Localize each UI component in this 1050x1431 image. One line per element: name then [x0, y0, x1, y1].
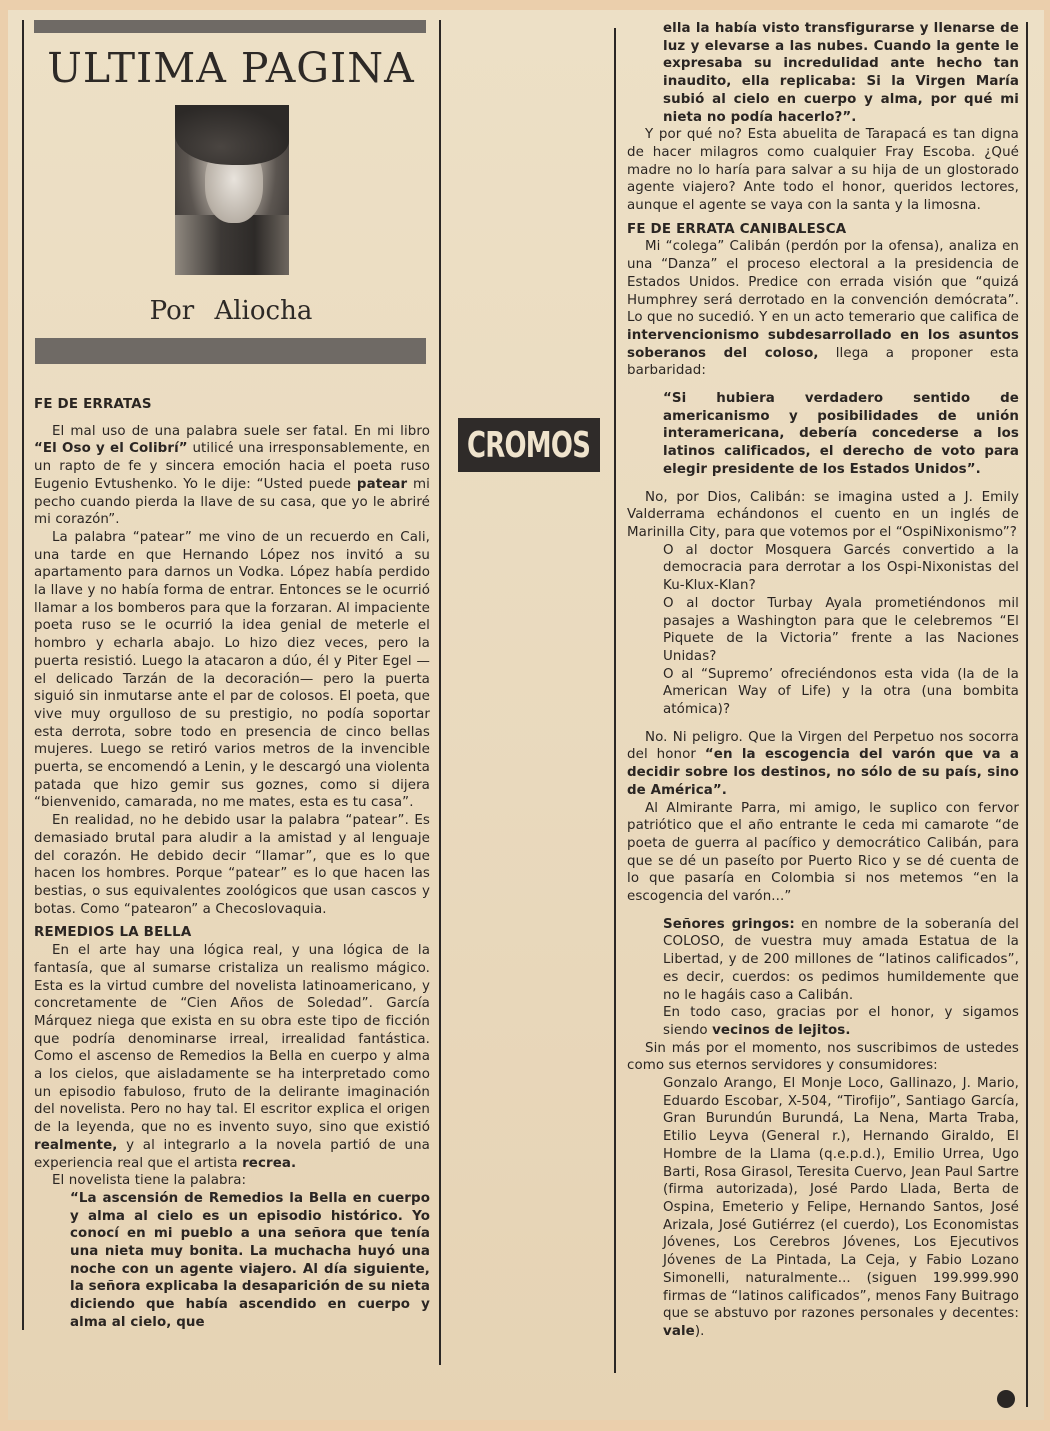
right-column-rule-left [614, 28, 616, 1373]
paragraph: El mal uso de una palabra suele ser fata… [34, 423, 430, 529]
block-quote: “Si hubiera verdadero sentido de america… [663, 390, 1019, 479]
section-heading-remedios-la-bella: REMEDIOS LA BELLA [34, 924, 430, 942]
paragraph: Y por qué no? Esta abuelita de Tarapacá … [627, 126, 1019, 215]
masthead-bottom-bar [35, 338, 426, 364]
left-column: FE DE ERRATAS El mal uso de una palabra … [34, 396, 430, 1332]
paragraph: En el arte hay una lógica real, y una ló… [34, 942, 430, 1172]
paragraph: No. Ni peligro. Que la Virgen del Perpet… [627, 729, 1019, 800]
block-quote-continued: ella la había visto transfigurarse y lle… [663, 20, 1019, 126]
closing-paragraph: Sin más por el momento, nos suscribimos … [627, 1040, 1019, 1075]
photo-coat [175, 215, 289, 275]
logo-text: CROMOS [467, 425, 590, 466]
masthead-title: ULTIMA PAGINA [36, 44, 426, 92]
address-paragraph: Señores gringos: en nombre de la soberan… [663, 916, 1019, 1005]
paragraph: La palabra “patear” me vino de un recuer… [34, 529, 430, 812]
right-column-rule-right [1026, 22, 1028, 1407]
right-column: ella la había visto transfigurarse y lle… [627, 20, 1019, 1341]
left-column-rule-right [439, 20, 441, 1365]
section-heading-fe-de-erratas: FE DE ERRATAS [34, 396, 430, 414]
left-column-rule-left [22, 20, 24, 1330]
byline: Por Aliocha [36, 296, 426, 326]
masthead-top-bar [34, 20, 426, 33]
end-mark-bullet-icon [997, 1390, 1015, 1408]
author-photo [175, 105, 289, 275]
signatories: Gonzalo Arango, El Monje Loco, Gallinazo… [663, 1075, 1019, 1341]
list-item: O al doctor Mosquera Garcés convertido a… [663, 542, 1019, 595]
address-paragraph: En todo caso, gracias por el honor, y si… [663, 1004, 1019, 1039]
paragraph: En realidad, no he debido usar la palabr… [34, 812, 430, 918]
paragraph: Mi “colega” Calibán (perdón por la ofens… [627, 238, 1019, 380]
cromos-logo: CROMOS [458, 418, 600, 472]
list-item: O al “Supremo’ ofreciéndonos esta vida (… [663, 666, 1019, 719]
paragraph: El novelista tiene la palabra: [34, 1172, 430, 1190]
section-heading-fe-de-errata-canibalesca: FE DE ERRATA CANIBALESCA [627, 221, 1019, 239]
paragraph: No, por Dios, Calibán: se imagina usted … [627, 489, 1019, 542]
list-item: O al doctor Turbay Ayala prometiéndonos … [663, 595, 1019, 666]
paragraph: Al Almirante Parra, mi amigo, le suplico… [627, 800, 1019, 906]
photo-hair [175, 105, 289, 165]
block-quote: “La ascensión de Remedios la Bella en cu… [70, 1190, 430, 1332]
